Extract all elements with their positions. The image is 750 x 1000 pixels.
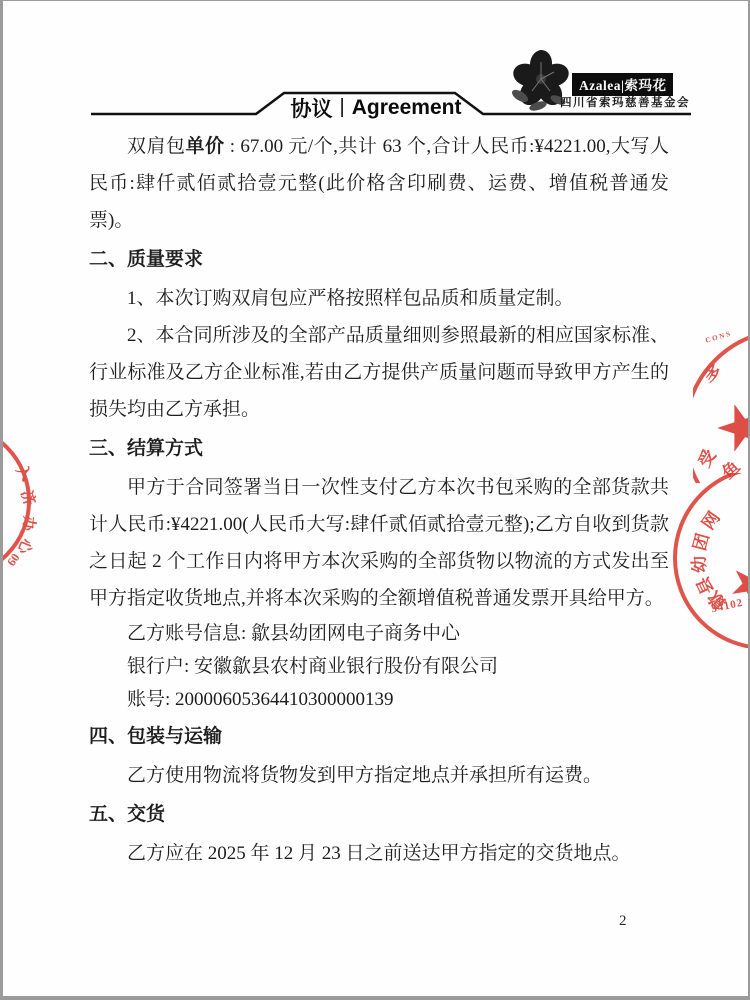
stamp-number: 34102 bbox=[710, 597, 744, 615]
title-zh: 协议 bbox=[291, 93, 333, 123]
stamp-star-icon: ★ bbox=[716, 550, 748, 617]
stamp-char: 多 bbox=[698, 356, 726, 386]
packing-paragraph: 乙方使用物流将货物发到甲方指定地点并承担所有运费。 bbox=[89, 757, 669, 794]
stamp-ring bbox=[693, 328, 748, 483]
stamp-number: 09 bbox=[3, 550, 22, 568]
heading-settlement: 三、结算方式 bbox=[89, 430, 669, 467]
page-title: 协议 | Agreement bbox=[261, 93, 491, 123]
stamp-char: 心 bbox=[13, 536, 38, 558]
stamp-char: 办 bbox=[18, 515, 40, 532]
document-body: 双肩包单价 : 67.00 元/个,共计 63 个,合计人民币:¥4221.00… bbox=[89, 128, 669, 872]
settlement-paragraph: 甲方于合同签署当日一次性支付乙方本次书包采购的全部货款共计人民币:¥4221.0… bbox=[89, 469, 669, 617]
bank-info-block: 乙方账号信息: 歙县幼团网电子商务中心 银行户: 安徽歙县农村商业银行股份有限公… bbox=[89, 617, 669, 716]
stamp-star-icon: ★ bbox=[710, 400, 748, 456]
stamp-char: 受 bbox=[693, 444, 721, 472]
stamp-char: 鱼 bbox=[715, 454, 745, 483]
right-middle-stamp: CONS 多 ★ 受 鱼 bbox=[693, 313, 748, 483]
bank-name-line: 银行户: 安徽歙县农村商业银行股份有限公司 bbox=[89, 650, 669, 683]
seller-account-title: 乙方账号信息: 歙县幼团网电子商务中心 bbox=[89, 617, 669, 650]
stamp-char: 县 bbox=[689, 574, 719, 600]
logo-brand-badge: Azalea|索玛花 bbox=[572, 73, 673, 96]
title-en: Agreement bbox=[352, 96, 462, 120]
stamp-char: 济 bbox=[16, 487, 41, 508]
heading-quality: 二、质量要求 bbox=[89, 241, 669, 278]
stamp-char: 幼 bbox=[684, 555, 710, 574]
stamp-char: 团 bbox=[685, 530, 714, 553]
page-number: 2 bbox=[619, 913, 627, 930]
stamp-ring bbox=[3, 426, 31, 576]
heading-packing: 四、包装与运输 bbox=[89, 718, 669, 755]
left-edge-stamp: 入 济 办 心 09 bbox=[3, 426, 43, 576]
document-page: 协议 | Agreement Azalea|索玛花 四川省索玛慈善基金会 双肩包… bbox=[3, 1, 748, 996]
title-divider: | bbox=[340, 96, 345, 119]
price-bold-term: 单价 bbox=[186, 136, 225, 157]
heading-delivery: 五、交货 bbox=[89, 796, 669, 833]
logo-org-name: 四川省索玛慈善基金会 bbox=[560, 94, 690, 110]
stamp-char: 歙 bbox=[701, 587, 731, 616]
stamp-char: 入 bbox=[12, 460, 38, 484]
quality-item-2: 2、本合同所涉及的全部产品质量细则参照最新的相应国家标准、行业标准及乙方企业标准… bbox=[89, 317, 669, 428]
paragraph-price: 双肩包单价 : 67.00 元/个,共计 63 个,合计人民币:¥4221.00… bbox=[89, 128, 669, 239]
stamp-ring bbox=[673, 473, 748, 648]
stamp-char: 网 bbox=[694, 505, 724, 533]
quality-item-1: 1、本次订购双肩包应严格按照样包品质和质量定制。 bbox=[89, 280, 669, 317]
account-number-line: 账号: 20000605364410300000139 bbox=[89, 683, 669, 716]
stamp-arc-letters: CONS bbox=[704, 329, 733, 344]
delivery-paragraph: 乙方应在 2025 年 12 月 23 日之前送达甲方指定的交货地点。 bbox=[89, 835, 669, 872]
price-lead: 双肩包 bbox=[127, 136, 186, 157]
